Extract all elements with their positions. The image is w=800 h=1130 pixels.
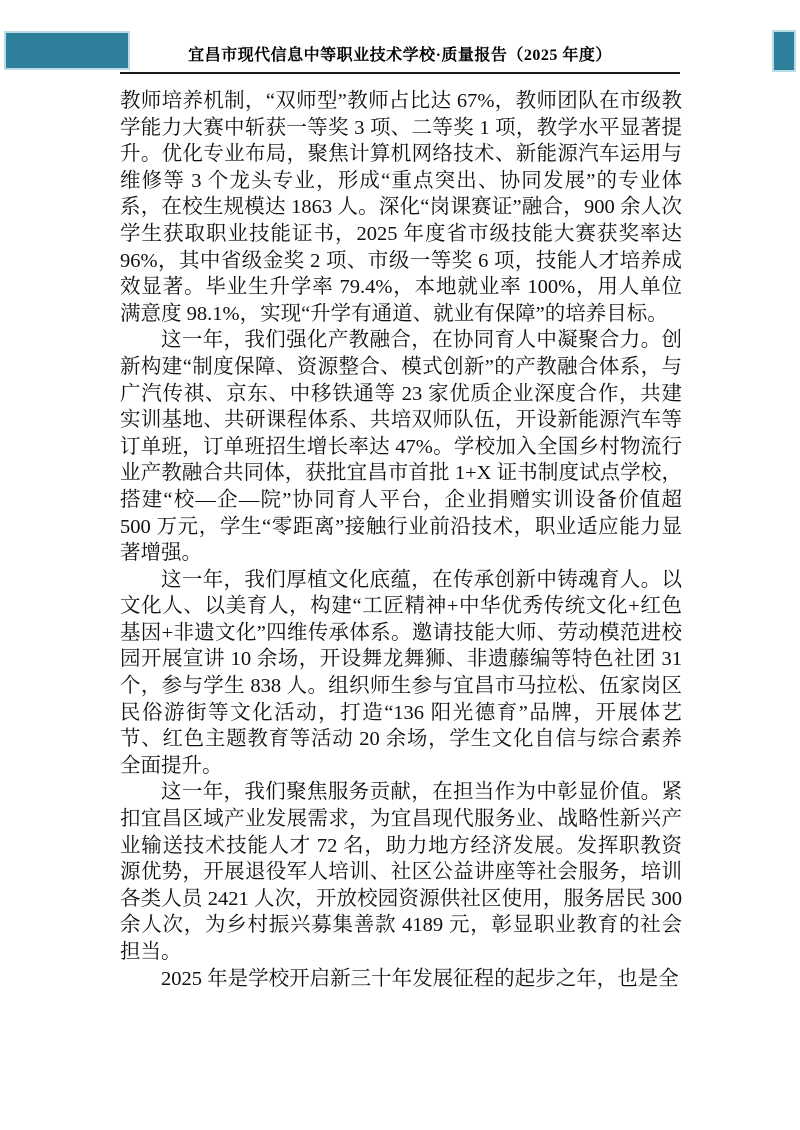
paragraph-continuation: 教师培养机制，“双师型”教师占比达 67%，教师团队在市级教学能力大赛中斩获一等… — [120, 88, 682, 327]
header-accent-bar-right — [772, 30, 796, 72]
paragraph-culture: 这一年，我们厚植文化底蕴，在传承创新中铸魂育人。以文化人、以美育人，构建“工匠精… — [120, 567, 682, 780]
paragraph-service: 这一年，我们聚焦服务贡献，在担当作为中彰显价值。紧扣宜昌区域产业发展需求，为宜昌… — [120, 779, 682, 965]
paragraph-outlook: 2025 年是学校开启新三十年发展征程的起步之年，也是全 — [120, 966, 682, 993]
header-rule — [120, 72, 680, 74]
paragraph-industry-education: 这一年，我们强化产教融合，在协同育人中凝聚合力。创新构建“制度保障、资源整合、模… — [120, 327, 682, 566]
document-page: 宜昌市现代信息中等职业技术学校·质量报告（2025 年度） 教师培养机制，“双师… — [0, 0, 800, 1130]
header-accent-bar-left — [4, 31, 130, 70]
document-body: 教师培养机制，“双师型”教师占比达 67%，教师团队在市级教学能力大赛中斩获一等… — [120, 88, 682, 992]
page-header-title: 宜昌市现代信息中等职业技术学校·质量报告（2025 年度） — [120, 42, 680, 65]
